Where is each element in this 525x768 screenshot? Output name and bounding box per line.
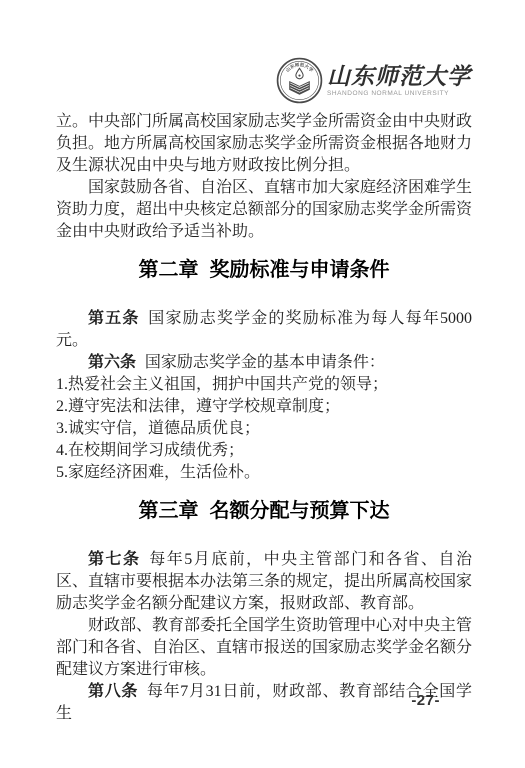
article-5: 第五条国家励志奖学金的奖励标准为每人每年5000元。 <box>56 308 472 352</box>
document-page: 山东师范大学 山东师范大学 SHANDONG NORMAL UNIVERSITY… <box>0 0 525 768</box>
article-6-prefix: 第六条 <box>88 354 136 371</box>
article-5-prefix: 第五条 <box>88 310 139 327</box>
chapter2-name: 奖励标准与申请条件 <box>210 259 390 281</box>
condition-item-2: 2.遵守宪法和法律，遵守学校规章制度； <box>56 396 472 418</box>
university-seal-icon: 山东师范大学 <box>276 57 323 104</box>
seal-arc-text: 山东师范大学 <box>284 61 315 74</box>
seal-book-shape <box>289 81 310 95</box>
university-name-block: 山东师范大学 SHANDONG NORMAL UNIVERSITY <box>327 65 471 97</box>
seal-droplet-shape <box>296 68 303 79</box>
document-body: 立。中央部门所属高校国家励志奖学金所需资金由中央财政负担。地方所属高校国家励志奖… <box>56 111 472 725</box>
condition-item-5: 5.家庭经济困难，生活俭朴。 <box>56 462 472 484</box>
university-header: 山东师范大学 山东师范大学 SHANDONG NORMAL UNIVERSITY <box>276 57 471 104</box>
condition-item-4: 4.在校期间学习成绩优秀； <box>56 440 472 462</box>
article-8: 第八条每年7月31日前，财政部、教育部结合全国学生 <box>56 681 472 725</box>
page-number: -27- <box>411 692 440 709</box>
university-name-cn: 山东师范大学 <box>327 65 471 89</box>
article-6-text: 国家励志奖学金的基本申请条件： <box>145 354 385 371</box>
article-7: 第七条每年5月底前，中央主管部门和各省、自治区、直辖市要根据本办法第三条的规定，… <box>56 549 472 615</box>
chapter3-number: 第三章 <box>139 500 199 522</box>
paragraph-encourage: 国家鼓励各省、自治区、直辖市加大家庭经济困难学生资助力度，超出中央核定总额部分的… <box>56 177 472 243</box>
condition-item-1: 1.热爱社会主义祖国，拥护中国共产党的领导； <box>56 374 472 396</box>
article-7-prefix: 第七条 <box>88 551 140 568</box>
chapter3-heading: 第三章名额分配与预算下达 <box>56 497 472 525</box>
paragraph-funding-continuation: 立。中央部门所属高校国家励志奖学金所需资金由中央财政负担。地方所属高校国家励志奖… <box>56 111 472 177</box>
article-6: 第六条国家励志奖学金的基本申请条件： <box>56 352 472 374</box>
paragraph-review: 财政部、教育部委托全国学生资助管理中心对中央主管部门和各省、自治区、直辖市报送的… <box>56 615 472 681</box>
svg-text:山东师范大学: 山东师范大学 <box>284 61 315 74</box>
chapter2-heading: 第二章奖励标准与申请条件 <box>56 256 472 284</box>
chapter2-number: 第二章 <box>139 259 199 281</box>
chapter3-name: 名额分配与预算下达 <box>210 500 390 522</box>
article-8-prefix: 第八条 <box>88 683 138 700</box>
condition-item-3: 3.诚实守信，道德品质优良； <box>56 418 472 440</box>
university-name-en: SHANDONG NORMAL UNIVERSITY <box>327 90 471 97</box>
